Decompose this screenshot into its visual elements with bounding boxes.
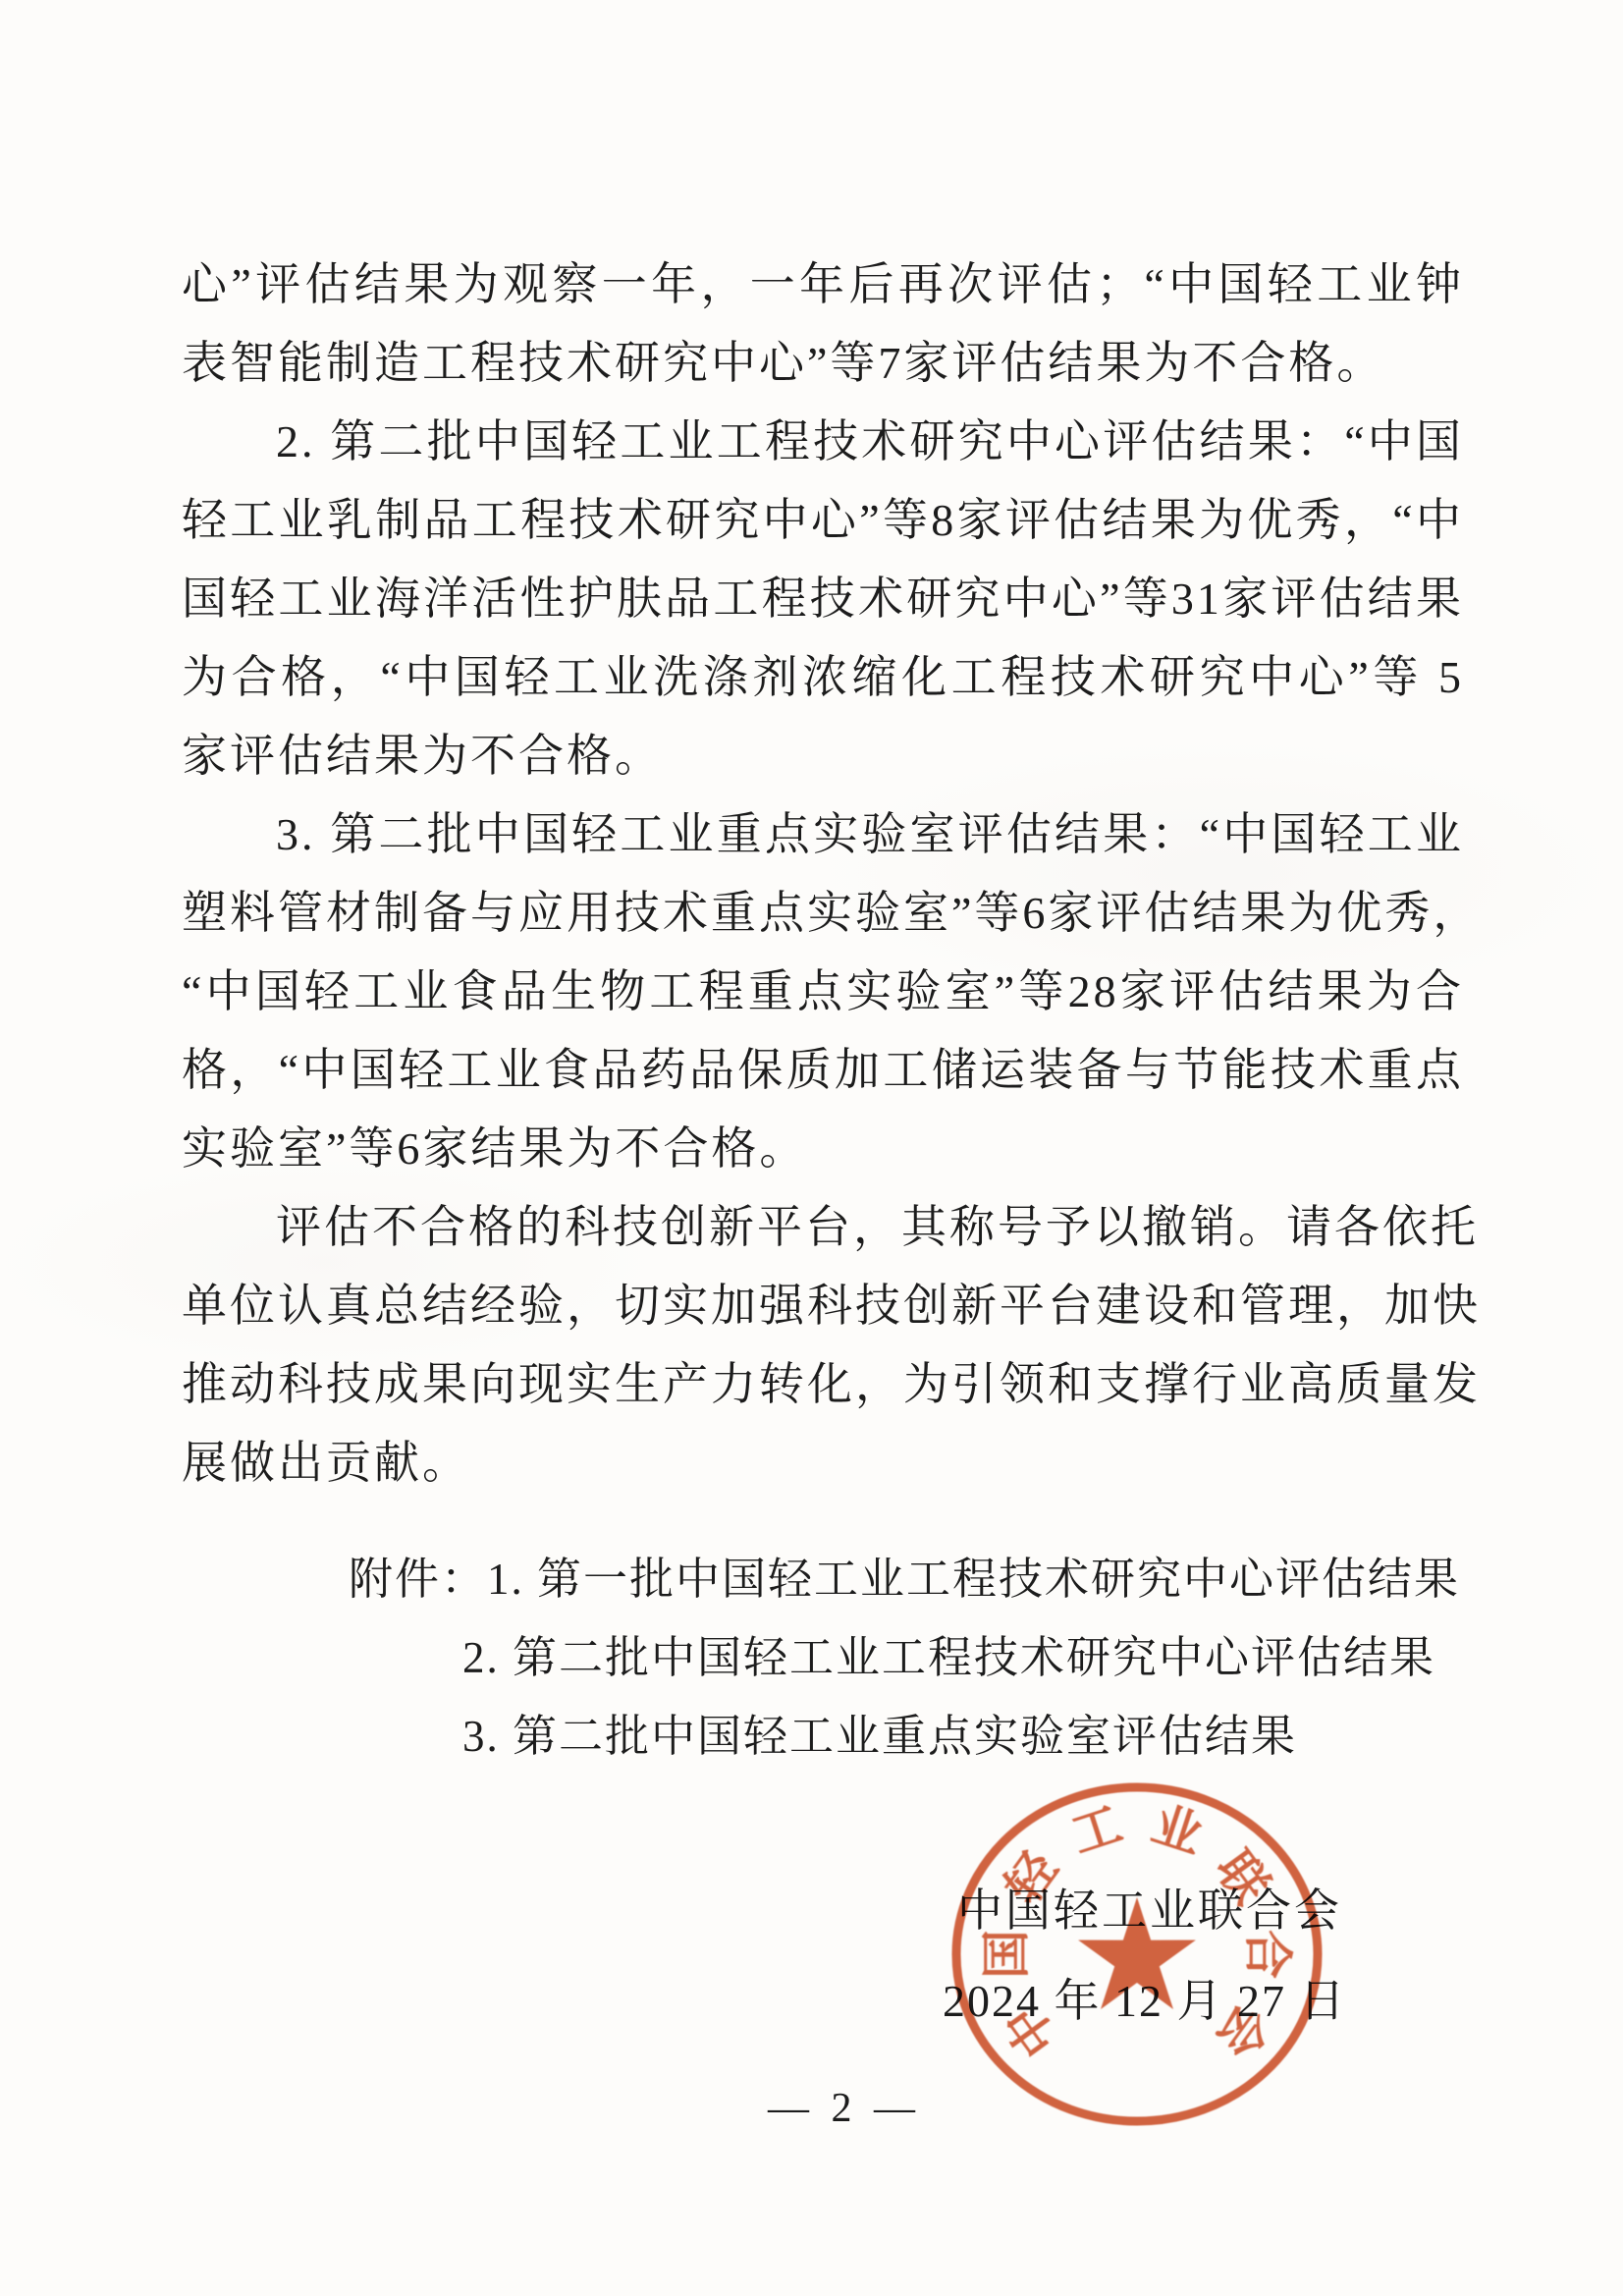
attachment-label: 附件： xyxy=(349,1555,487,1604)
seal-char: 会 xyxy=(1206,1995,1279,2066)
document-page: 心”评估结果为观察一年，一年后再次评估；“中国轻工业钟 表智能制造工程技术研究中… xyxy=(0,0,1623,2296)
body-line: 3. 第二批中国轻工业重点实验室评估结果：“中国轻工业 xyxy=(182,795,1464,874)
body-line: 国轻工业海洋活性护肤品工程技术研究中心”等31家评估结果 xyxy=(182,560,1464,638)
document-body: 心”评估结果为观察一年，一年后再次评估；“中国轻工业钟 表智能制造工程技术研究中… xyxy=(182,246,1464,1503)
body-line: 格，“中国轻工业食品药品保质加工储运装备与节能技术重点 xyxy=(182,1031,1464,1110)
attachment-row: 3. 第二批中国轻工业重点实验室评估结果 xyxy=(349,1697,1460,1776)
body-line: 家评估结果为不合格。 xyxy=(182,717,1464,795)
seal-char: 工 xyxy=(1064,1796,1128,1864)
body-line: 评估不合格的科技创新平台，其称号予以撤销。请各依托 xyxy=(182,1188,1464,1267)
body-line: “中国轻工业食品生物工程重点实验室”等28家评估结果为合 xyxy=(182,953,1464,1031)
seal-char: 联 xyxy=(1206,1841,1279,1913)
body-line: 2. 第二批中国轻工业工程技术研究中心评估结果：“中国 xyxy=(182,403,1464,481)
attachment-list: 附件：1. 第一批中国轻工业工程技术研究中心评估结果 2. 第二批中国轻工业工程… xyxy=(349,1540,1460,1776)
body-line: 塑料管材制备与应用技术重点实验室”等6家评估结果为优秀， xyxy=(182,874,1464,953)
attachment-row: 附件：1. 第一批中国轻工业工程技术研究中心评估结果 xyxy=(349,1540,1460,1618)
body-line: 单位认真总结经验，切实加强科技创新平台建设和管理，加快 xyxy=(182,1267,1464,1345)
body-line: 推动科技成果向现实生产力转化，为引领和支撑行业高质量发 xyxy=(182,1345,1464,1424)
attachment-item: 1. 第一批中国轻工业工程技术研究中心评估结果 xyxy=(487,1555,1460,1604)
body-line: 表智能制造工程技术研究中心”等7家评估结果为不合格。 xyxy=(182,324,1464,403)
star-icon xyxy=(1078,1897,1196,2009)
attachment-item: 3. 第二批中国轻工业重点实验室评估结果 xyxy=(462,1712,1297,1761)
body-line: 展做出贡献。 xyxy=(182,1424,1464,1503)
official-seal: 中 国 轻 工 业 联 合 会 xyxy=(941,1776,1333,2133)
page-number: — 2 — xyxy=(768,2084,921,2133)
body-line: 轻工业乳制品工程技术研究中心”等8家评估结果为优秀，“中 xyxy=(182,481,1464,560)
attachment-item: 2. 第二批中国轻工业工程技术研究中心评估结果 xyxy=(462,1633,1435,1682)
body-line: 为合格，“中国轻工业洗涤剂浓缩化工程技术研究中心”等 5 xyxy=(182,638,1464,717)
seal-char: 业 xyxy=(1146,1796,1210,1864)
body-line: 心”评估结果为观察一年，一年后再次评估；“中国轻工业钟 xyxy=(182,246,1464,324)
attachment-row: 2. 第二批中国轻工业工程技术研究中心评估结果 xyxy=(349,1618,1460,1697)
body-line: 实验室”等6家结果为不合格。 xyxy=(182,1110,1464,1188)
seal-char: 国 xyxy=(979,1930,1034,1979)
seal-char: 轻 xyxy=(995,1840,1068,1913)
seal-char: 合 xyxy=(1240,1930,1295,1979)
seal-char: 中 xyxy=(995,1995,1068,2066)
